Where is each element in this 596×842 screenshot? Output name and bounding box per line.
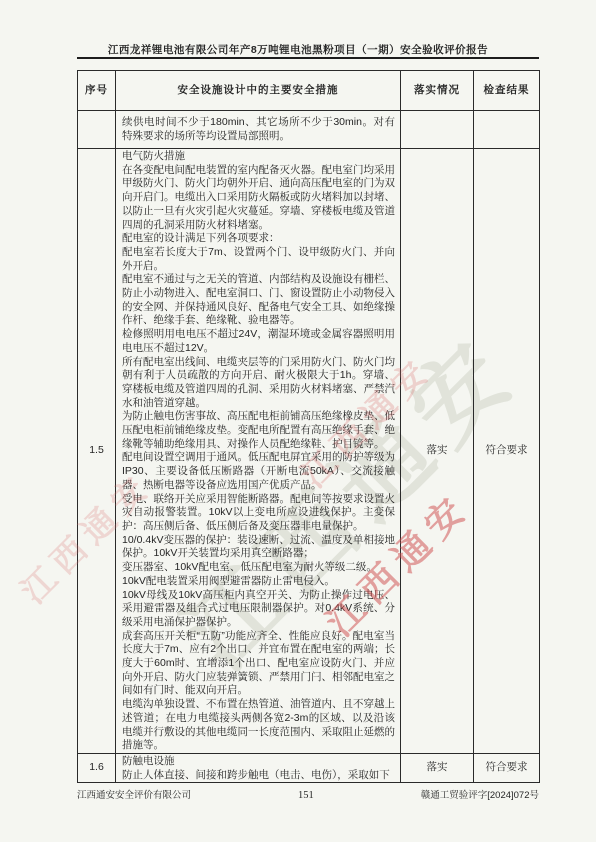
- cell-status: [401, 111, 474, 149]
- header-rule: [77, 57, 539, 59]
- measure-paragraph: 10kV母线及10kV高压柜内真空开关、为防止操作过电压、采用避雷器及组合式过电…: [122, 589, 395, 630]
- cell-result: [474, 111, 540, 149]
- cell-seq: [78, 111, 116, 149]
- measure-paragraph: 电气防火措施: [122, 150, 395, 164]
- footer-page-number: 151: [298, 790, 314, 801]
- cell-measures: 防触电设施防止人体直接、间接和跨步触电（电击、电伤），采取如下: [116, 753, 401, 782]
- measure-paragraph: 成套高压开关柜“五防”功能应齐全、性能应良好。配电室当长度大于7m、应有2个出口…: [122, 630, 395, 699]
- measure-paragraph: 防触电设施: [122, 755, 395, 769]
- measure-paragraph: 受电、联络开关应采用智能断路器。配电间等按要求设置火灾自动报警装置。10kV以上…: [122, 493, 395, 534]
- column-header-measures: 安全设施设计中的主要安全措施: [116, 71, 401, 111]
- measure-paragraph: 在各变配电间配电装置的室内配备灭火器。配电室门均采用甲级防火门、防火门均朝外开启…: [122, 164, 395, 233]
- column-header-seq: 序号: [78, 71, 116, 111]
- table-row: 续供电时间不少于180min、其它场所不少于30min。对有特殊要求的场所等均设…: [78, 111, 540, 149]
- footer-doc-number: 赣通工贸验评字[2024]072号: [421, 787, 539, 801]
- table-body: 续供电时间不少于180min、其它场所不少于30min。对有特殊要求的场所等均设…: [78, 111, 540, 783]
- measure-paragraph: 检修照明用电电压不超过24V，潮湿环境或金属容器照明用电电压不超过12V。: [122, 328, 395, 355]
- cell-measures: 续供电时间不少于180min、其它场所不少于30min。对有特殊要求的场所等均设…: [116, 111, 401, 149]
- table-header-row: 序号 安全设施设计中的主要安全措施 落实情况 检查结果: [78, 71, 540, 111]
- document-page: 江西通安 江西通安 江西通安 江西通安 江西龙祥锂电池有限公司年产8万吨锂电池黑…: [0, 0, 596, 842]
- page-footer: 江西通安安全评价有限公司 151 赣通工贸验评字[2024]072号: [77, 787, 539, 801]
- page-header-title: 江西龙祥锂电池有限公司年产8万吨锂电池黑粉项目（一期）安全验收评价报告: [0, 42, 596, 57]
- measure-paragraph: 配电室若长度大于7m、设置两个门、设甲级防火门、并向外开启。: [122, 246, 395, 273]
- measure-paragraph: 10/0.4kV变压器的保护：装设速断、过流、温度及单相接地保护。10kV开关装…: [122, 534, 395, 561]
- measure-paragraph: 配电间设置空调用于通风。低压配电屏宜采用的防护等级为IP30、主要设备低压断路器…: [122, 451, 395, 492]
- footer-company: 江西通安安全评价有限公司: [77, 787, 191, 801]
- cell-result: 符合要求: [474, 149, 540, 754]
- cell-seq: 1.6: [78, 753, 116, 782]
- measure-paragraph: 续供电时间不少于180min、其它场所不少于30min。对有特殊要求的场所等均设…: [122, 116, 395, 143]
- measure-paragraph: 电缆沟单独设置、不布置在热管道、油管道内、且不穿越上述管道；在电力电缆接头两侧各…: [122, 698, 395, 753]
- table-row: 1.5电气防火措施在各变配电间配电装置的室内配备灭火器。配电室门均采用甲级防火门…: [78, 149, 540, 754]
- measure-paragraph: 变压器室、10kV配电室、低压配电室为耐火等级二级。: [122, 561, 395, 575]
- column-header-status: 落实情况: [401, 71, 474, 111]
- table-row: 1.6防触电设施防止人体直接、间接和跨步触电（电击、电伤），采取如下落实符合要求: [78, 753, 540, 782]
- cell-result: 符合要求: [474, 753, 540, 782]
- measure-paragraph: 10kV配电装置采用阀型避雷器防止雷电侵入。: [122, 575, 395, 589]
- measure-paragraph: 配电室的设计满足下列各项要求：: [122, 232, 395, 246]
- column-header-result: 检查结果: [474, 71, 540, 111]
- cell-status: 落实: [401, 753, 474, 782]
- measure-paragraph: 为防止触电伤害事故、高压配电柜前铺高压绝缘橡皮垫、低压配电柜前铺绝缘皮垫。变配电…: [122, 410, 395, 451]
- measure-paragraph: 配电室不通过与之无关的管道、内部结构及设施设有栅栏、防止小动物进入、配电室洞口、…: [122, 273, 395, 328]
- measure-paragraph: 所有配电室出线间、电缆夹层等的门采用防火门、防火门均朝有利于人员疏散的方向开启、…: [122, 356, 395, 411]
- cell-status: 落实: [401, 149, 474, 754]
- cell-measures: 电气防火措施在各变配电间配电装置的室内配备灭火器。配电室门均采用甲级防火门、防火…: [116, 149, 401, 754]
- cell-seq: 1.5: [78, 149, 116, 754]
- measure-paragraph: 防止人体直接、间接和跨步触电（电击、电伤），采取如下: [122, 769, 395, 782]
- safety-measures-table: 序号 安全设施设计中的主要安全措施 落实情况 检查结果 续供电时间不少于180m…: [77, 70, 540, 783]
